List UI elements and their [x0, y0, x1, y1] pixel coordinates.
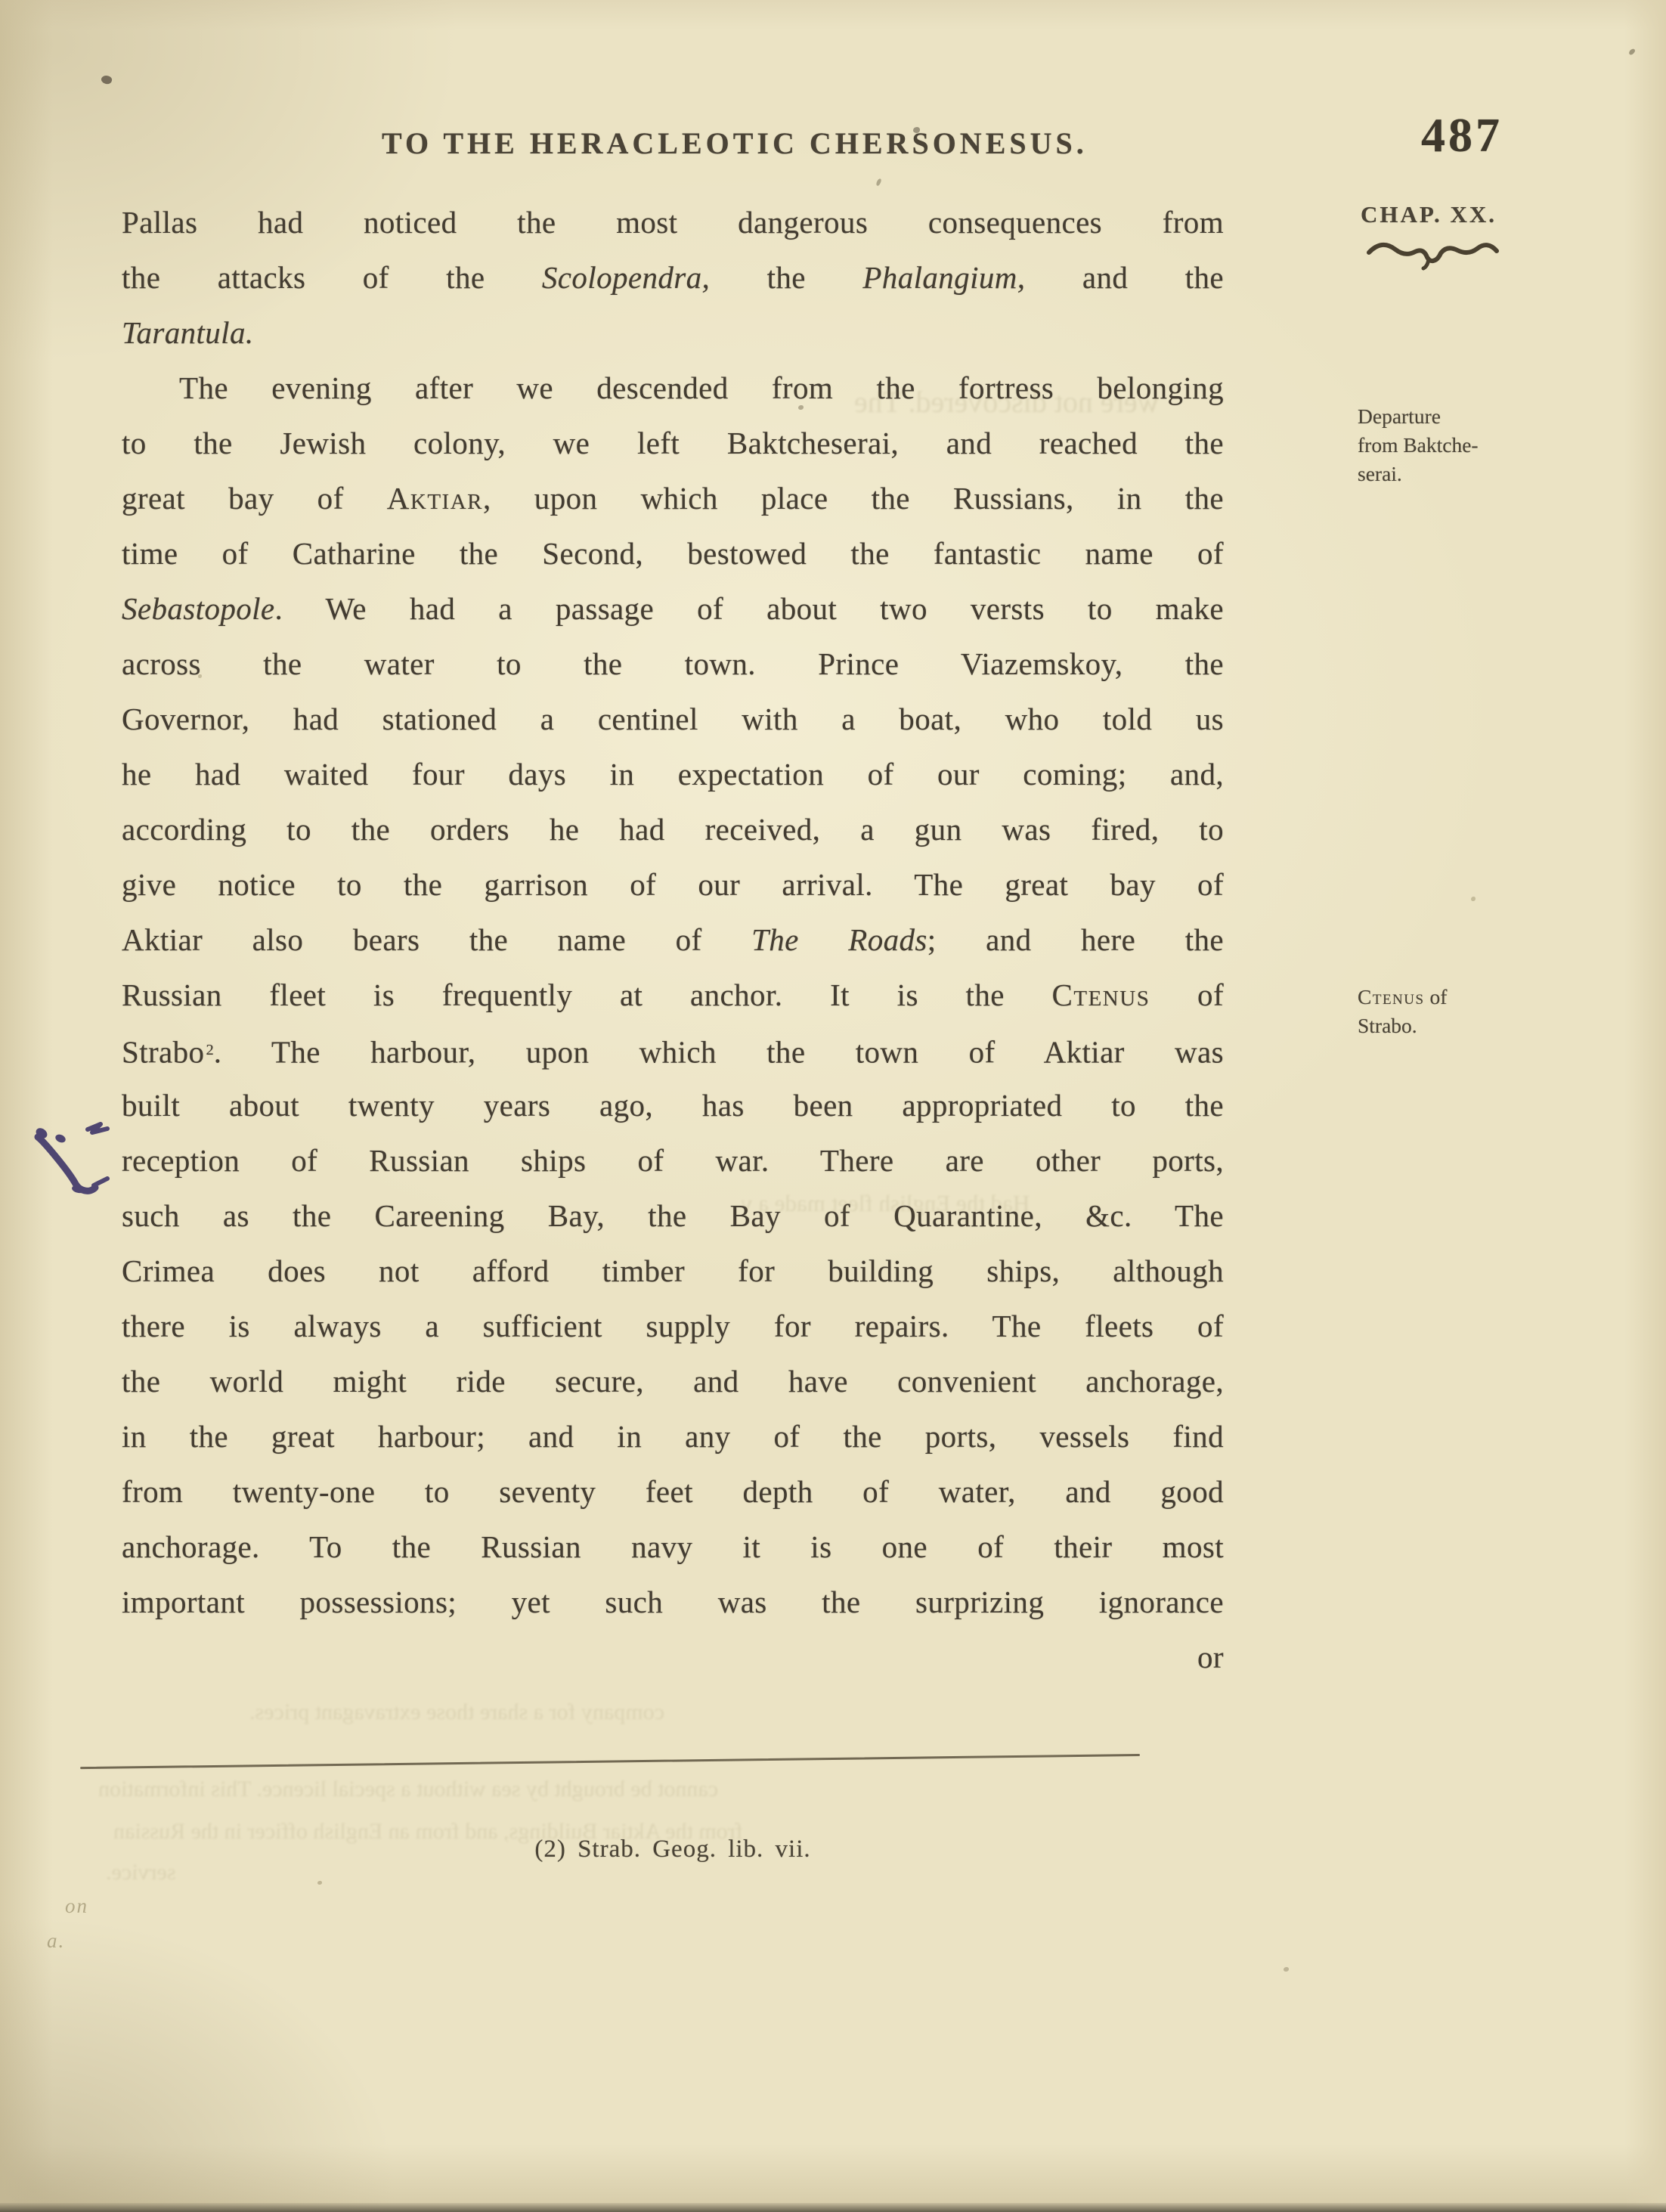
body-line: such as the Careening Bay, the Bay of Qu… — [122, 1188, 1224, 1244]
margin-note-line: Departure — [1358, 402, 1584, 431]
margin-note-line: from Baktche- — [1358, 431, 1584, 460]
text-run: from twenty-one to seventy feet depth of… — [122, 1474, 1224, 1509]
body-line: the world might ride secure, and have co… — [122, 1354, 1224, 1409]
margin-note-line: Ctenus of — [1358, 983, 1584, 1012]
body-line: from twenty-one to seventy feet depth of… — [122, 1464, 1224, 1520]
text-run: Phalangium, — [862, 260, 1025, 295]
ghost-text: company for a share those extravagant pr… — [249, 1699, 664, 1725]
text-run: time of Catharine the Second, bestowed t… — [122, 536, 1224, 571]
text-run: Scolopendra, — [542, 260, 710, 295]
text-run: Governor, had stationed a centinel with … — [122, 702, 1224, 736]
text-run: 2 — [206, 1042, 213, 1058]
paper-speck — [1284, 1967, 1289, 1972]
body-line: reception of Russian ships of war. There… — [122, 1133, 1224, 1188]
text-run: in the great harbour; and in any of the … — [122, 1419, 1224, 1454]
text-run: according to the orders he had received,… — [122, 812, 1224, 847]
paper-speck — [198, 674, 202, 678]
text-run: and the — [1025, 260, 1224, 295]
paper-speck — [913, 127, 920, 133]
text-run: the — [710, 260, 862, 295]
text-run: across the water to the town. Prince Via… — [122, 646, 1224, 681]
scan-edge — [0, 2203, 1666, 2212]
text-run: Tarantula. — [122, 315, 254, 350]
body-line: he had waited four days in expectation o… — [122, 747, 1224, 802]
paper-speck — [317, 1881, 322, 1885]
text-run: Ctenus — [1358, 985, 1425, 1008]
catchword: or — [122, 1630, 1224, 1685]
text-run: the world might ride secure, and have co… — [122, 1364, 1224, 1399]
ghost-text: were not discovered. The — [854, 384, 1160, 420]
body-line: there is always a sufficient supply for … — [122, 1299, 1224, 1354]
paper-speck — [875, 178, 881, 186]
text-run: Russian fleet is frequently at anchor. I… — [122, 977, 1052, 1012]
text-run: Pallas had noticed the most dangerous co… — [122, 205, 1224, 240]
text-run: Aktiar also bears the name of — [122, 922, 751, 957]
body-line: anchorage. To the Russian navy it is one… — [122, 1520, 1224, 1575]
brace-ornament-icon — [1365, 240, 1501, 279]
text-run: , upon which place the Russians, in the — [483, 481, 1224, 516]
text-run: there is always a sufficient supply for … — [122, 1309, 1224, 1343]
body-line: great bay of Aktiar, upon which place th… — [122, 471, 1224, 526]
body-line: give notice to the garrison of our arriv… — [122, 857, 1224, 912]
text-run: the attacks of the — [122, 260, 542, 295]
body-line: Aktiar also bears the name of The Roads;… — [122, 912, 1224, 968]
body-line: Sebastopole. We had a passage of about t… — [122, 581, 1224, 637]
text-run: such as the Careening Bay, the Bay of Qu… — [122, 1198, 1224, 1233]
margin-note-line: Strabo. — [1358, 1012, 1584, 1040]
body-line: according to the orders he had received,… — [122, 802, 1224, 857]
body-line: the attacks of the Scolopendra, the Phal… — [122, 250, 1224, 305]
scanned-book-page: { "page": { "running_header": "TO THE HE… — [0, 0, 1666, 2212]
text-run: Aktiar — [387, 481, 483, 516]
pencil-mark: a. — [47, 1929, 65, 1953]
paper-speck — [101, 74, 113, 85]
margin-note-departure: Departurefrom Baktche-serai. — [1358, 402, 1584, 488]
text-run: he had waited four days in expectation o… — [122, 757, 1224, 792]
page-number: 487 — [1421, 107, 1503, 163]
paper-speck — [1471, 897, 1476, 901]
paper-speck — [1628, 48, 1636, 56]
text-run: great bay of — [122, 481, 387, 516]
text-run: Crimea does not afford timber for buildi… — [122, 1253, 1224, 1288]
text-run: reception of Russian ships of war. There… — [122, 1143, 1224, 1178]
ghost-text: cannot be brought by sea without a speci… — [98, 1777, 718, 1802]
body-line: Tarantula. — [122, 305, 1224, 361]
pencil-mark: on — [65, 1894, 88, 1918]
text-run: ; and here the — [927, 922, 1224, 957]
body-line: built about twenty years ago, has been a… — [122, 1078, 1224, 1133]
text-run: to the Jewish colony, we left Baktcheser… — [122, 426, 1224, 460]
text-run: important possessions; yet such was the … — [122, 1585, 1224, 1619]
text-run: . The harbour, upon which the town of Ak… — [214, 1034, 1224, 1069]
body-line: to the Jewish colony, we left Baktcheser… — [122, 416, 1224, 471]
text-run: Ctenus — [1052, 977, 1150, 1012]
ghost-text: Had the English fleet made a v — [741, 1190, 1030, 1217]
body-line: Russian fleet is frequently at anchor. I… — [122, 968, 1224, 1023]
body-line: across the water to the town. Prince Via… — [122, 637, 1224, 692]
body-line: Strabo2. The harbour, upon which the tow… — [122, 1023, 1224, 1078]
text-run: of — [1425, 985, 1448, 1008]
text-run: Strabo. — [1358, 1014, 1417, 1037]
body-line: Pallas had noticed the most dangerous co… — [122, 195, 1224, 250]
body-line: Crimea does not afford timber for buildi… — [122, 1244, 1224, 1299]
handwritten-ink-mark — [21, 1113, 127, 1222]
running-header: TO THE HERACLEOTIC CHERSONESUS. — [382, 125, 1088, 161]
ghost-text: service. — [106, 1860, 175, 1885]
text-run: Sebastopole — [122, 591, 275, 626]
footnote-rule — [80, 1754, 1140, 1769]
ghost-text: from the Aktiar Buildings, and from an E… — [113, 1819, 743, 1845]
text-run: The Roads — [751, 922, 927, 957]
text-run: Strabo — [122, 1034, 204, 1069]
text-run: give notice to the garrison of our arriv… — [122, 867, 1224, 902]
text-run: of — [1150, 977, 1224, 1012]
body-line: in the great harbour; and in any of the … — [122, 1409, 1224, 1464]
body-line: important possessions; yet such was the … — [122, 1575, 1224, 1630]
body-line: time of Catharine the Second, bestowed t… — [122, 526, 1224, 581]
margin-note-line: serai. — [1358, 460, 1584, 488]
text-run: . We had a passage of about two versts t… — [275, 591, 1224, 626]
chapter-label: CHAP. XX. — [1361, 201, 1497, 228]
body-line: Governor, had stationed a centinel with … — [122, 692, 1224, 747]
paper-speck — [798, 405, 804, 410]
text-run: anchorage. To the Russian navy it is one… — [122, 1529, 1224, 1564]
text-run: built about twenty years ago, has been a… — [122, 1088, 1224, 1123]
margin-note-ctenus: Ctenus ofStrabo. — [1358, 983, 1584, 1040]
